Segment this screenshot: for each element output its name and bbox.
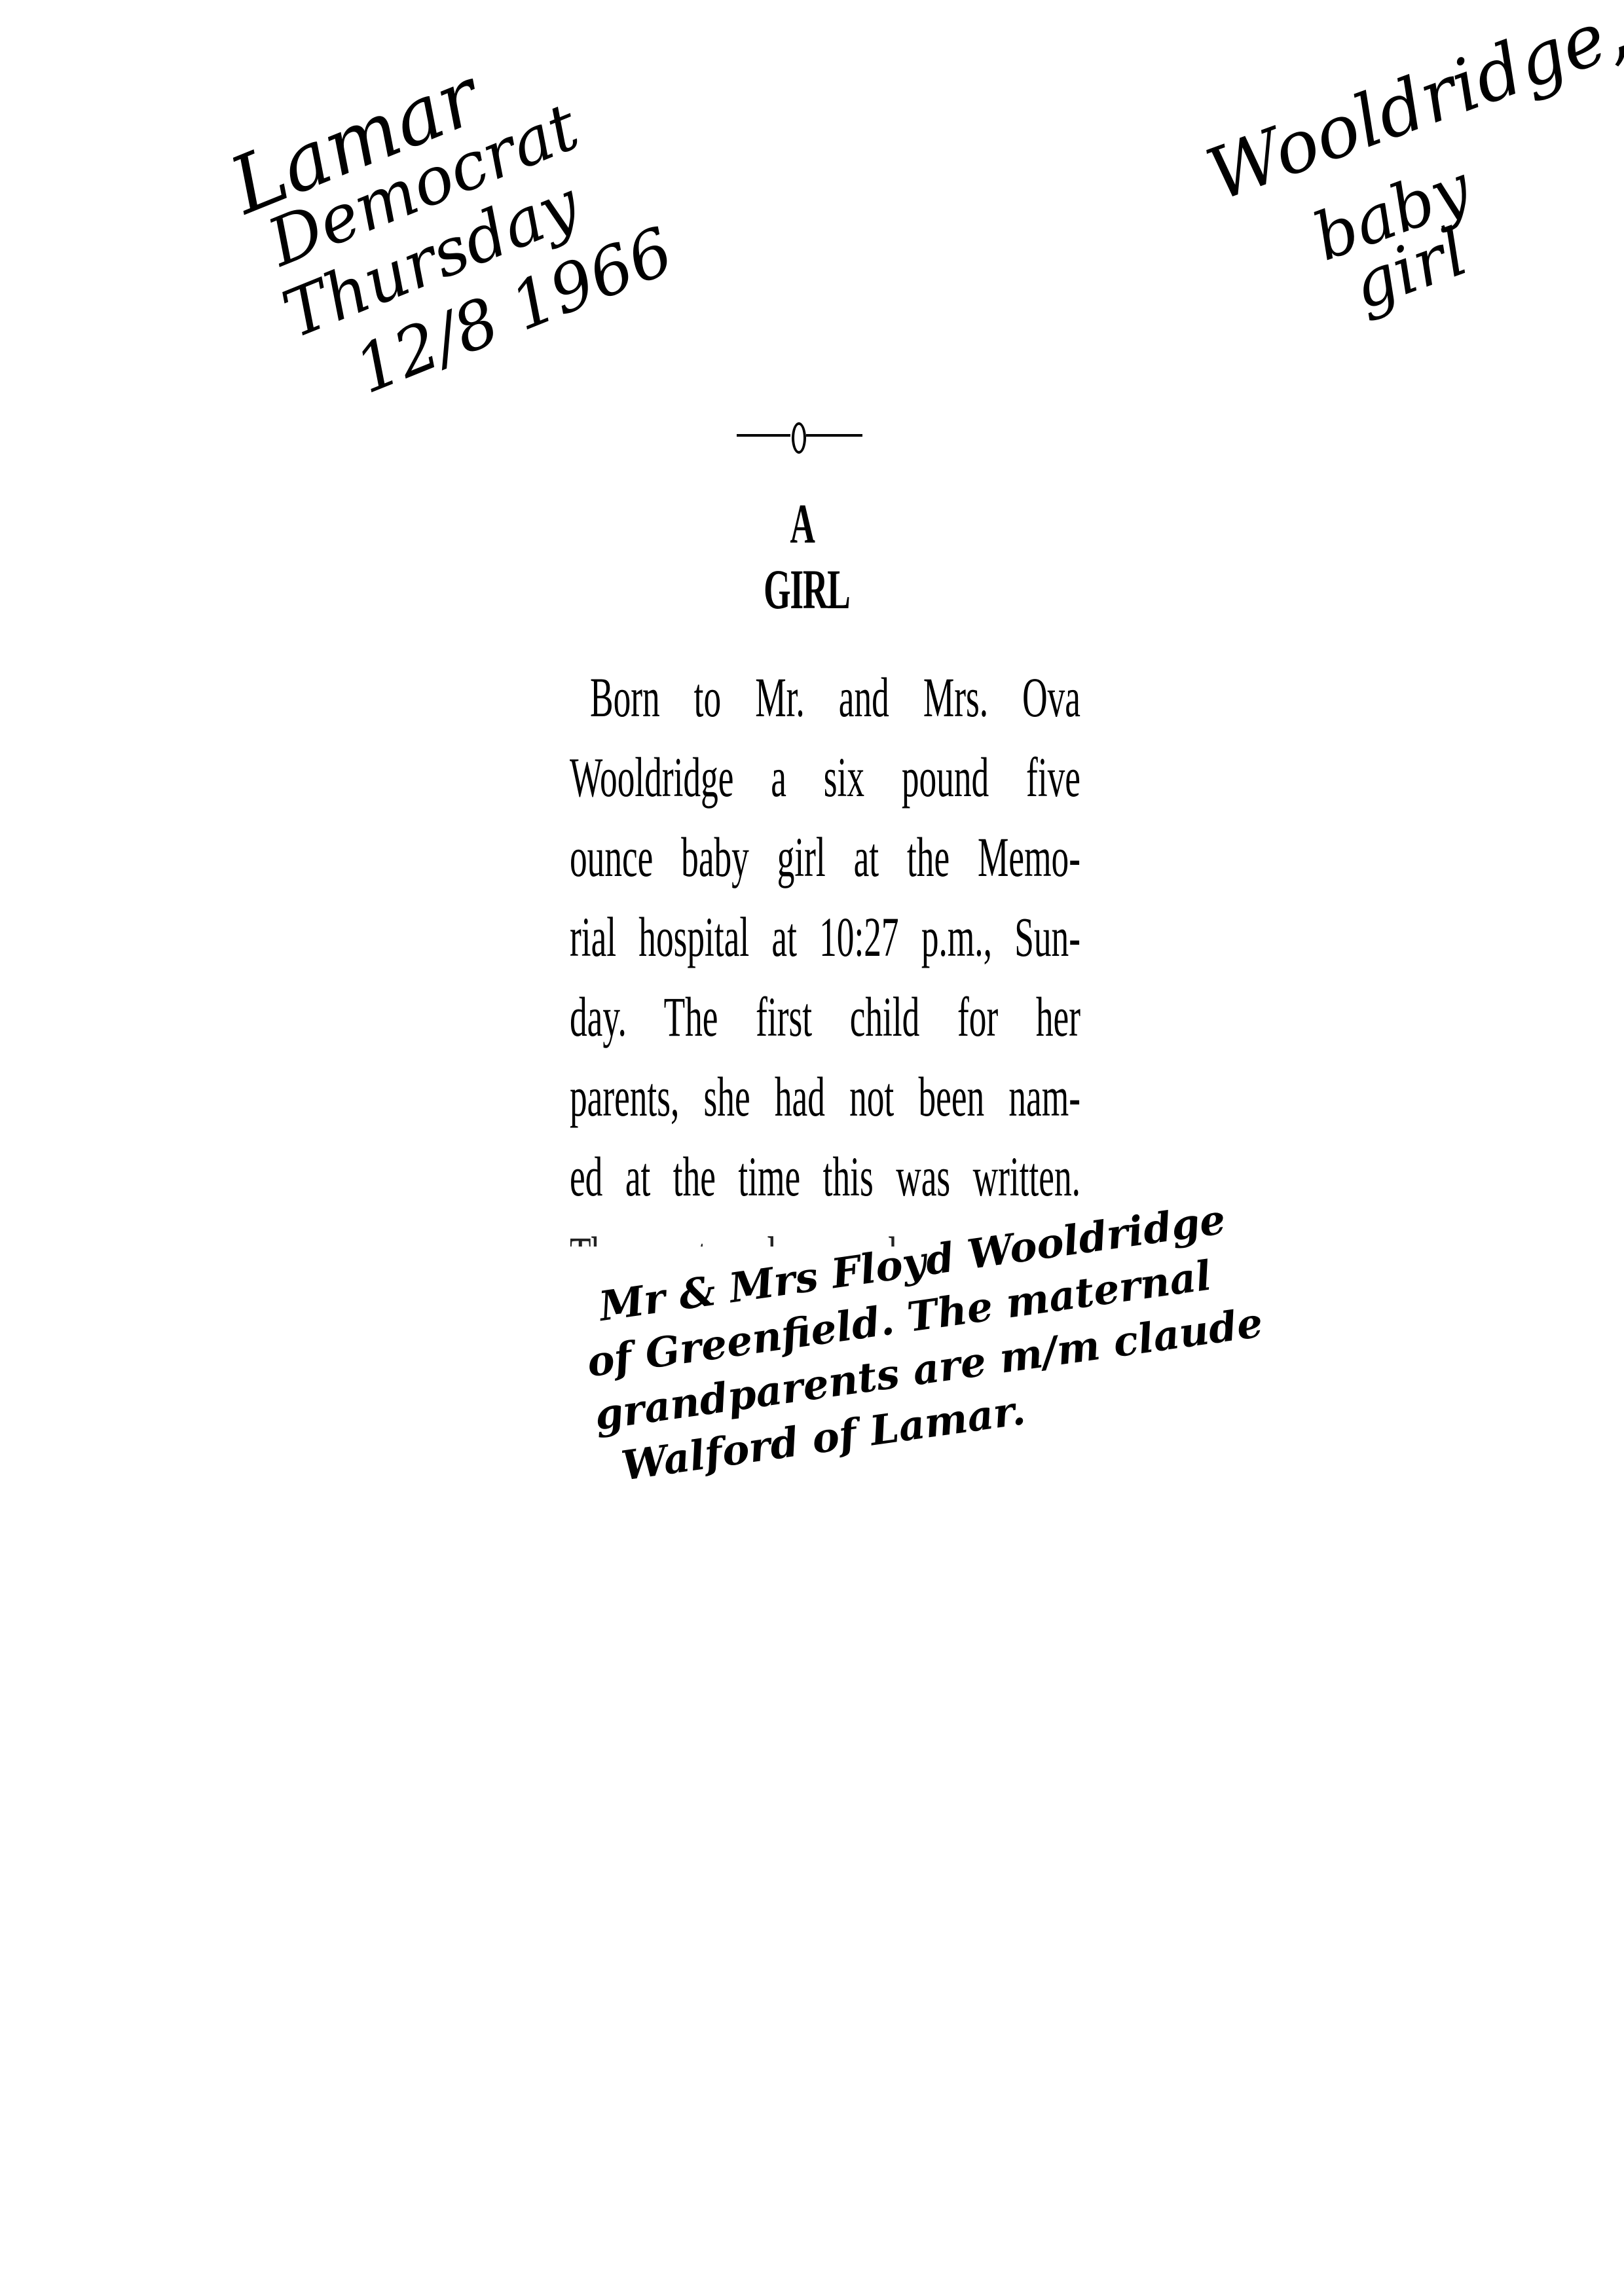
- article-line: parents, she had not been nam-: [570, 1061, 1080, 1140]
- article-body: Born to Mr. and Mrs. Ova Wooldridge a si…: [570, 661, 1080, 1247]
- section-divider-ornament: [737, 422, 868, 448]
- divider-ring-icon: [792, 422, 806, 454]
- scanned-document-page: Lamar Democrat Thursday 12/8 1966 Wooldr…: [0, 0, 1624, 2296]
- divider-rule-right: [806, 434, 862, 437]
- article-headline: A GIRL: [764, 491, 841, 622]
- article-line: ounce baby girl at the Memo-: [570, 821, 1080, 901]
- article-line: day. The first child for her: [570, 981, 1080, 1061]
- handwritten-subject-note: Wooldridge, baby girl: [1198, 0, 1624, 353]
- article-line: Wooldridge a six pound five: [570, 741, 1080, 821]
- article-line: ed at the time this was written.: [570, 1140, 1080, 1220]
- divider-rule-left: [737, 434, 790, 437]
- article-line: rial hospital at 10:27 p.m., Sun-: [570, 901, 1080, 981]
- article-line: Born to Mr. and Mrs. Ova: [570, 661, 1080, 741]
- handwritten-source-note: Lamar Democrat Thursday 12/8 1966: [196, 11, 681, 431]
